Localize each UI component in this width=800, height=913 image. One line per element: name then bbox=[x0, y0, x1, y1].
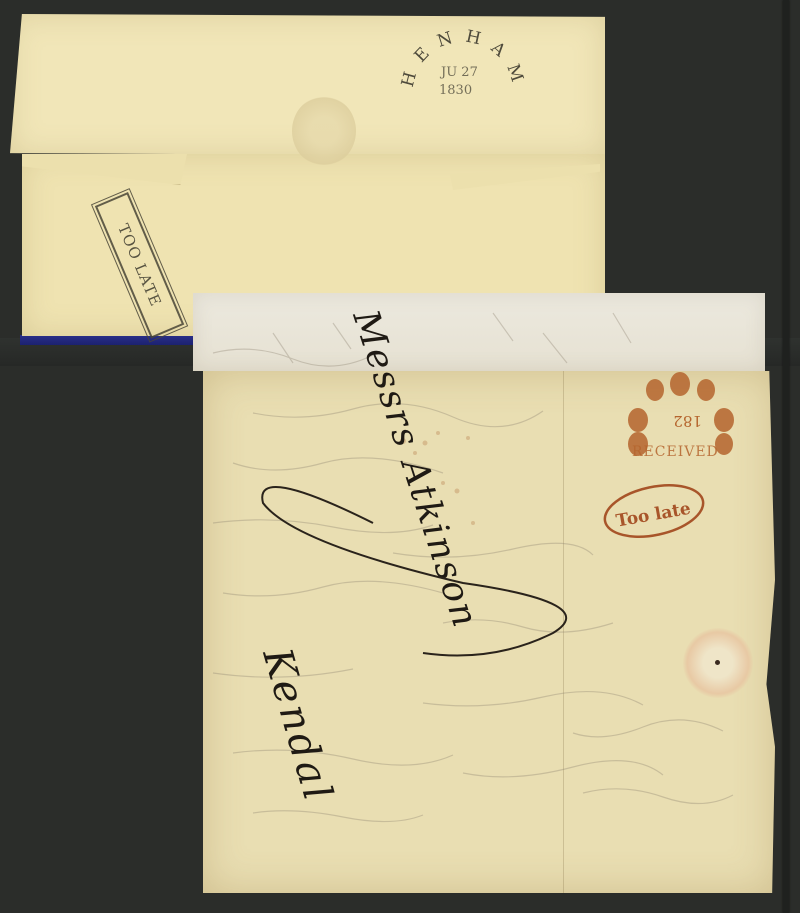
foxing-stain bbox=[683, 628, 753, 698]
album-page-rail bbox=[783, 0, 789, 913]
wax-seal-impression bbox=[292, 96, 356, 166]
address-line-2: Kendal bbox=[253, 642, 341, 808]
postmark-year: 1830 bbox=[439, 83, 472, 98]
too-late-handstamp-oval: Too late bbox=[601, 480, 707, 542]
receiving-stamp-text: RECEIVED bbox=[632, 444, 719, 460]
postmark-date: JU 27 bbox=[439, 65, 478, 80]
blue-backing-edge bbox=[20, 335, 195, 345]
henham-postmark: H E N H A M JU 27 1830 bbox=[395, 20, 525, 120]
receiving-stamp-year: 182 bbox=[673, 412, 702, 430]
